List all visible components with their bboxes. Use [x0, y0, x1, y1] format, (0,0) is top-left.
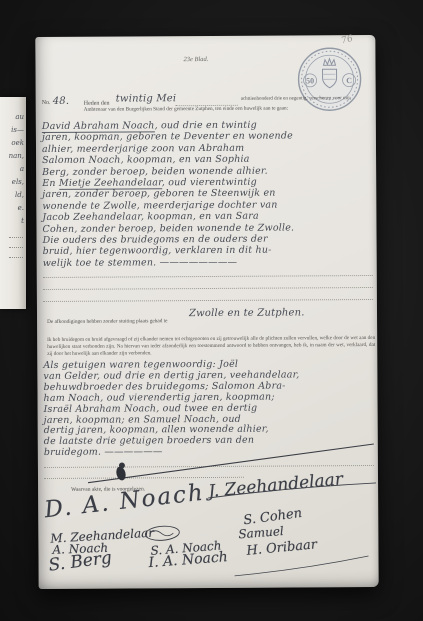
act-number-label: No. — [42, 100, 51, 106]
banns-printed-line: De afkondigingen hebben zonder stuiting … — [47, 318, 168, 325]
signature-flourish — [234, 556, 368, 576]
signature-witness-samuel: Samuel — [238, 524, 284, 541]
record-line-text: En — [42, 178, 59, 189]
fragment: a — [0, 163, 24, 176]
previous-page-text-fragments: au is— oek nan, a els, ld, e. t — [0, 111, 24, 258]
record-line: welijk toe te stemmen. ———————— — [43, 256, 375, 269]
ruled-dots — [44, 477, 244, 479]
fragment: els, — [0, 176, 24, 189]
marriage-record-body: David Abraham Noach, oud drie en twintig… — [42, 119, 375, 269]
ruled-dots — [43, 299, 373, 302]
ruled-dots — [9, 247, 23, 248]
fragment: e. — [0, 202, 24, 215]
stamp-currency-letter: C — [346, 76, 352, 85]
vow-formula-paragraph: Ik heb bruidegom en bruid afgevraagd of … — [47, 335, 375, 357]
previous-page-edge: au is— oek nan, a els, ld, e. t — [0, 97, 26, 309]
fragment: is— — [0, 124, 24, 137]
register-page: 23e Blad. 76 50 C No. 48. Heden den twin… — [35, 35, 378, 589]
record-line-text: , oud vierentwintig — [162, 177, 257, 189]
fragment: au — [0, 111, 24, 124]
act-number: 48. — [53, 96, 70, 107]
ink-blot — [115, 466, 127, 482]
fragment: t — [0, 215, 24, 228]
fragment: nan, — [0, 150, 24, 163]
stamp-denomination: 50 — [306, 76, 314, 85]
witnesses-paragraph: Als getuigen waren tegenwoordig: Joël va… — [43, 359, 376, 459]
record-line-text: , oud drie en twintig — [155, 120, 257, 132]
printed-year-line: achttienhonderd drie en negentig, versch… — [241, 96, 371, 103]
ruled-dots — [9, 237, 23, 238]
signature-official: H. Oribaar — [246, 537, 318, 559]
signature-father-bride: J. Zeehandelaar — [207, 469, 343, 502]
ruled-dots — [43, 275, 373, 278]
blad-label: 23e Blad. — [183, 56, 208, 63]
fragment: ld, — [0, 189, 24, 202]
banns-places: Zwolle en te Zutphen. — [189, 307, 305, 319]
register-photo: au is— oek nan, a els, ld, e. t 23e Blad… — [0, 0, 423, 621]
handwritten-date: twintig Mei — [116, 93, 177, 104]
ruled-dots — [43, 287, 373, 290]
ruled-dots — [9, 257, 23, 258]
record-line: bruidegom. —————— — [44, 446, 376, 459]
ruled-dots — [44, 465, 374, 468]
fragment: oek — [0, 137, 24, 150]
